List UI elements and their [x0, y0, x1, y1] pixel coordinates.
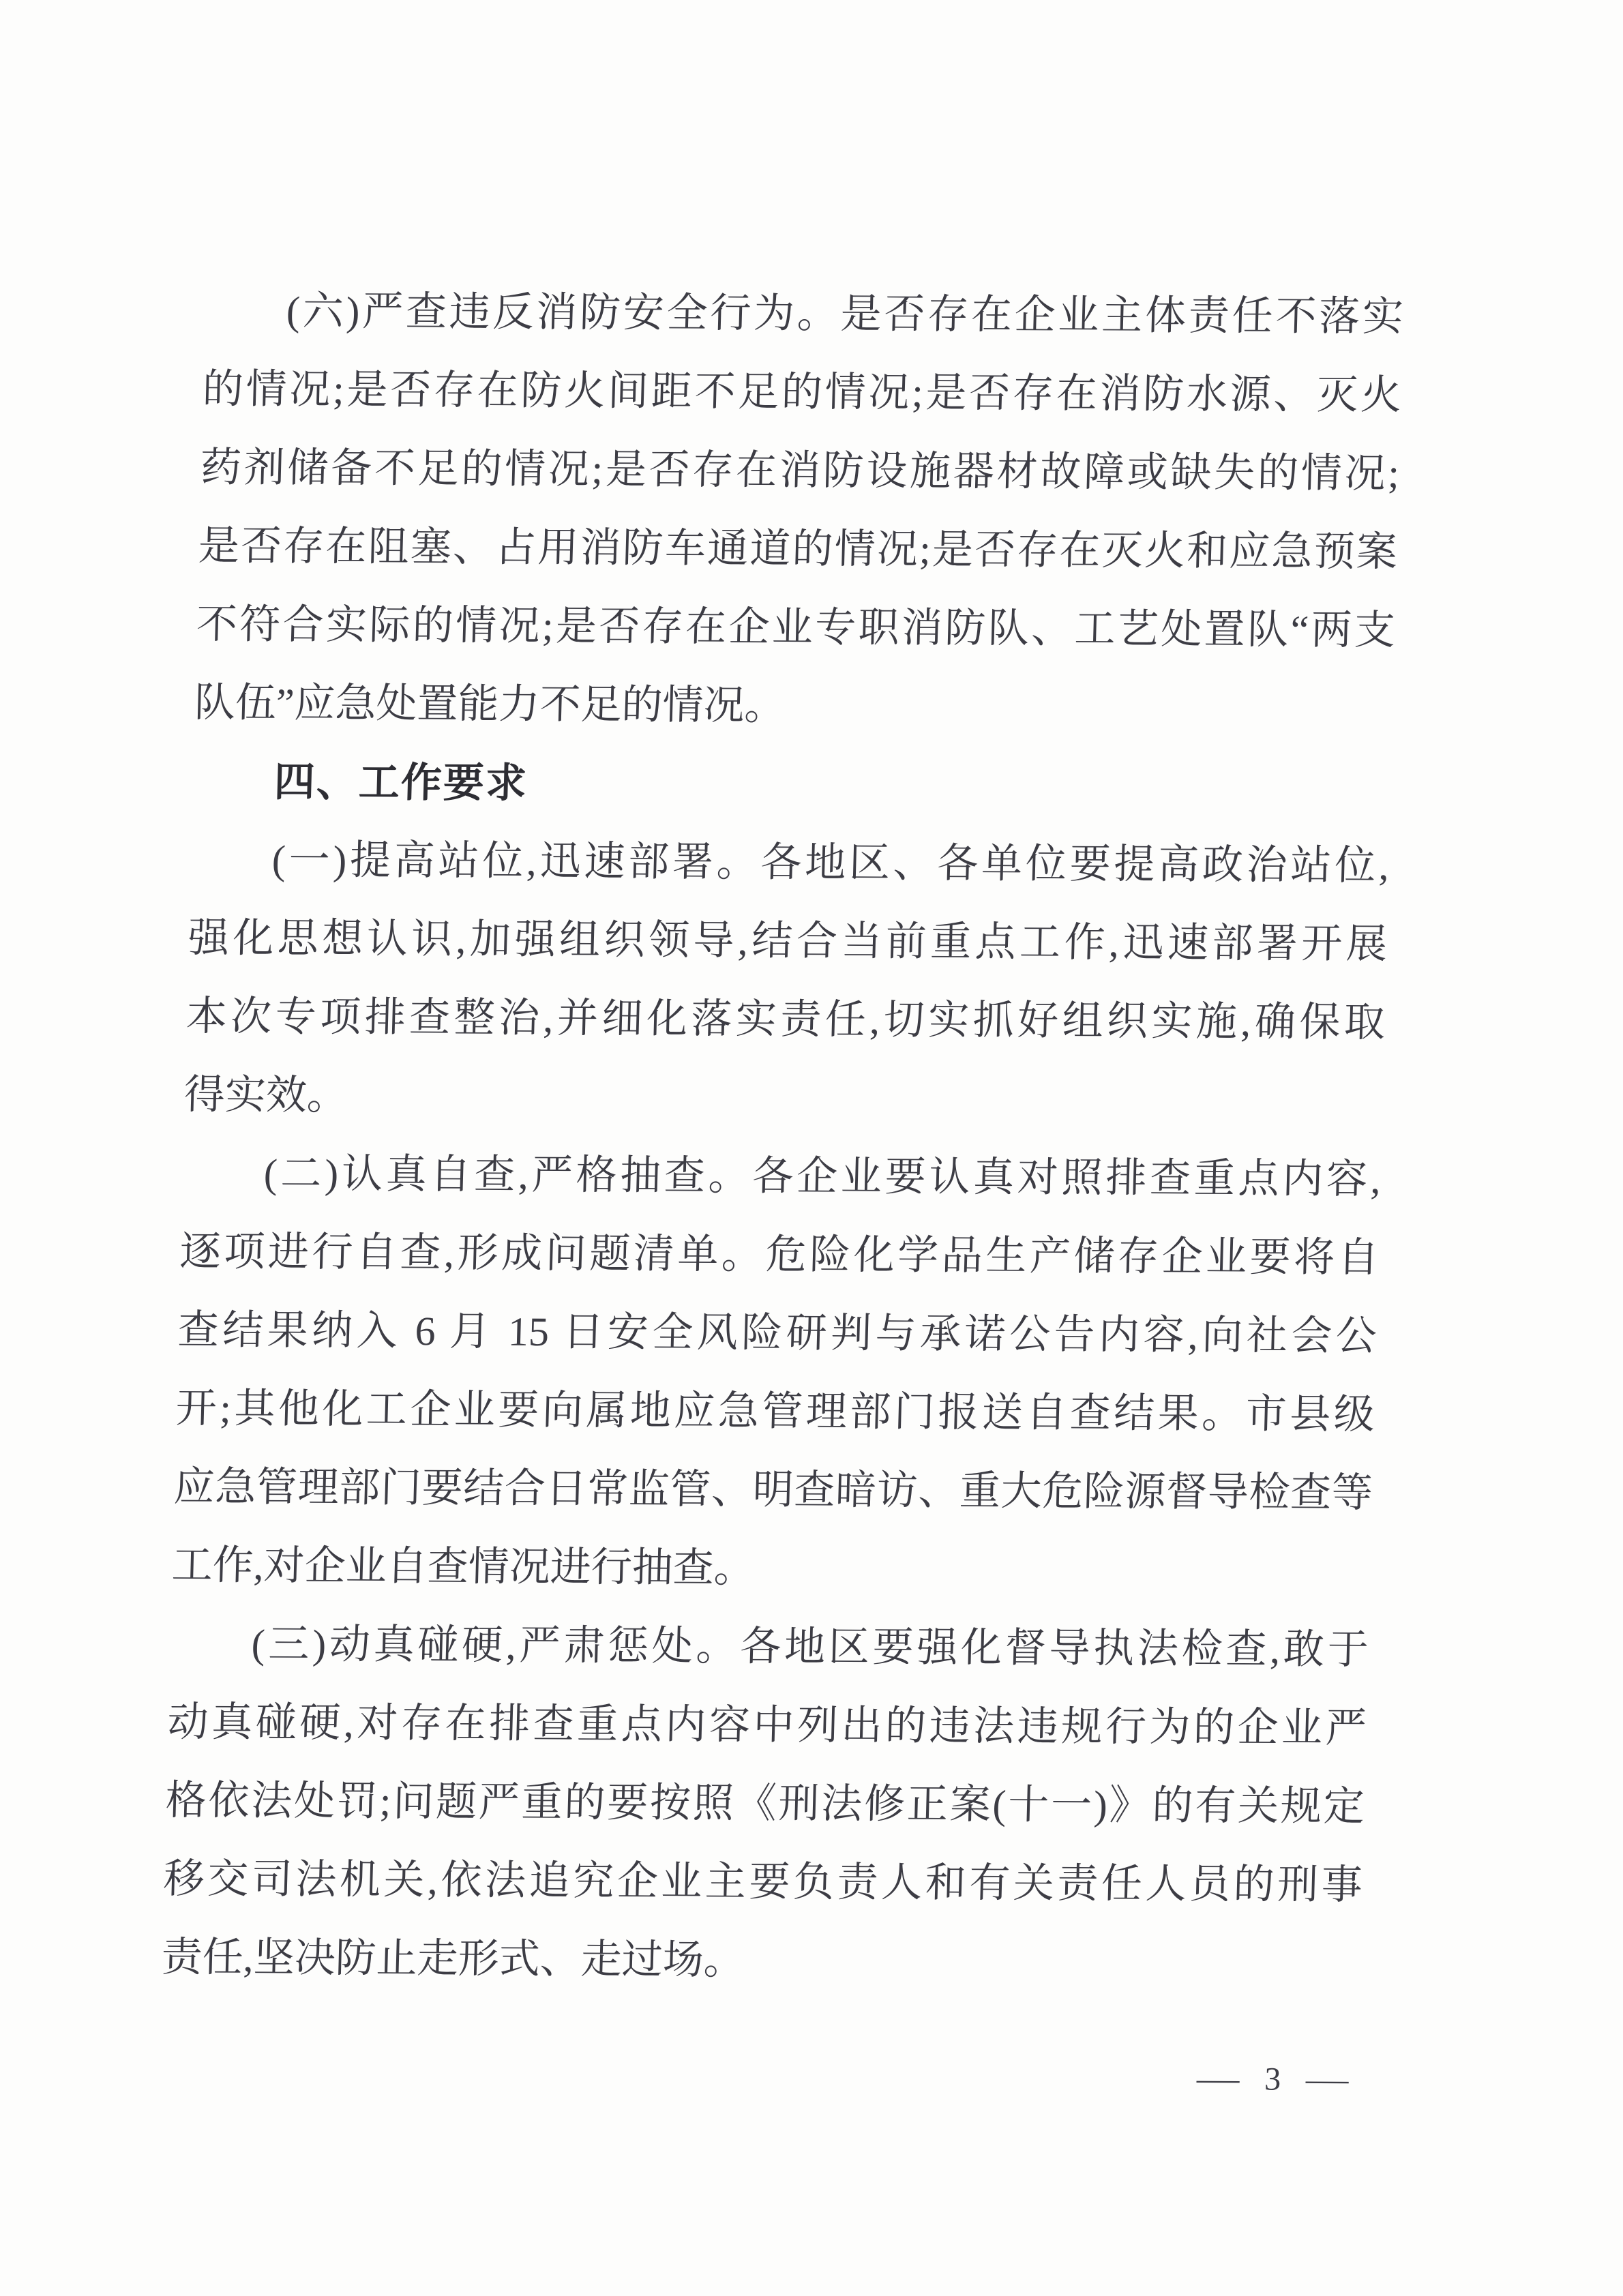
page-number: 3 [1264, 2063, 1281, 2096]
paragraph: (一)提高站位,迅速部署。各地区、各单位要提高政治站位,强化思想认识,加强组织领… [183, 820, 1390, 1140]
text-line: 不符合实际的情况;是否存在企业专职消防队、工艺处置队“两支 [195, 585, 1396, 670]
text-line: (一)提高站位,迅速部署。各地区、各单位要提高政治站位, [189, 820, 1390, 905]
page-footer: — 3 — [1202, 2063, 1344, 2096]
text-line: 移交司法机关,依法追究企业主要负责人和有关责任人员的刑事 [162, 1840, 1363, 1924]
document-body: (六)严查违反消防安全行为。是否存在企业主体责任不落实的情况;是否存在防火间距不… [160, 271, 1404, 2003]
scanned-sheet: (六)严查违反消防安全行为。是否存在企业主体责任不落实的情况;是否存在防火间距不… [0, 0, 1623, 2296]
text-line: 是否存在阻塞、占用消防车通道的情况;是否存在灭火和应急预案 [197, 507, 1398, 591]
paragraph: (二)认真自查,严格抽查。各企业要认真对照排查重点内容,逐项进行自查,形成问题清… [170, 1134, 1382, 1611]
text-line: 药剂储备不足的情况;是否存在消防设施器材故障或缺失的情况; [199, 428, 1400, 513]
text-line: 开;其他化工企业要向属地应急管理部门报送自查结果。市县级 [175, 1369, 1375, 1454]
document-page: (六)严查违反消防安全行为。是否存在企业主体责任不落实的情况;是否存在防火间距不… [0, 0, 1623, 2296]
footer-dash-left: — [1196, 2063, 1240, 2096]
section-heading: 四、工作要求 [191, 742, 1392, 826]
text-line: 本次专项排查整治,并细化落实责任,切实抓好组织实施,确保取 [185, 977, 1386, 1062]
text-line: 的情况;是否存在防火间距不足的情况;是否存在消防水源、灭火 [201, 350, 1402, 434]
text-line: 查结果纳入 6 月 15 日安全风险研判与承诺公告内容,向社会公 [177, 1291, 1378, 1375]
footer-dash-right: — [1305, 2063, 1349, 2096]
text-line: 应急管理部门要结合日常监管、明查暗访、重大危险源督导检查等 [173, 1448, 1373, 1532]
text-line: (六)严查违反消防安全行为。是否存在企业主体责任不落实 [203, 271, 1404, 356]
paragraph: (六)严查违反消防安全行为。是否存在企业主体责任不落实的情况;是否存在防火间距不… [193, 271, 1404, 748]
text-line: 动真碰硬,对存在排查重点内容中列出的违法违规行为的企业严 [166, 1683, 1367, 1768]
text-line: 责任,坚决防止走形式、走过场。 [160, 1918, 1361, 2003]
text-line: 队伍”应急处置能力不足的情况。 [193, 664, 1394, 748]
text-line: 逐项进行自查,形成问题清单。危险化学品生产储存企业要将自 [179, 1212, 1380, 1297]
text-line: 得实效。 [183, 1056, 1384, 1140]
text-line: (二)认真自查,严格抽查。各企业要认真对照排查重点内容, [181, 1134, 1382, 1219]
paragraph: (三)动真碰硬,严肃惩处。各地区要强化督导执法检查,敢于动真碰硬,对存在排查重点… [160, 1605, 1369, 2003]
text-line: 格依法处罚;问题严重的要按照《刑法修正案(十一)》的有关规定 [164, 1761, 1365, 1846]
text-line: (三)动真碰硬,严肃惩处。各地区要强化督导执法检查,敢于 [168, 1605, 1369, 1689]
text-line: 强化思想认识,加强组织领导,结合当前重点工作,迅速部署开展 [187, 899, 1388, 983]
text-line: 工作,对企业自查情况进行抽查。 [170, 1526, 1371, 1611]
